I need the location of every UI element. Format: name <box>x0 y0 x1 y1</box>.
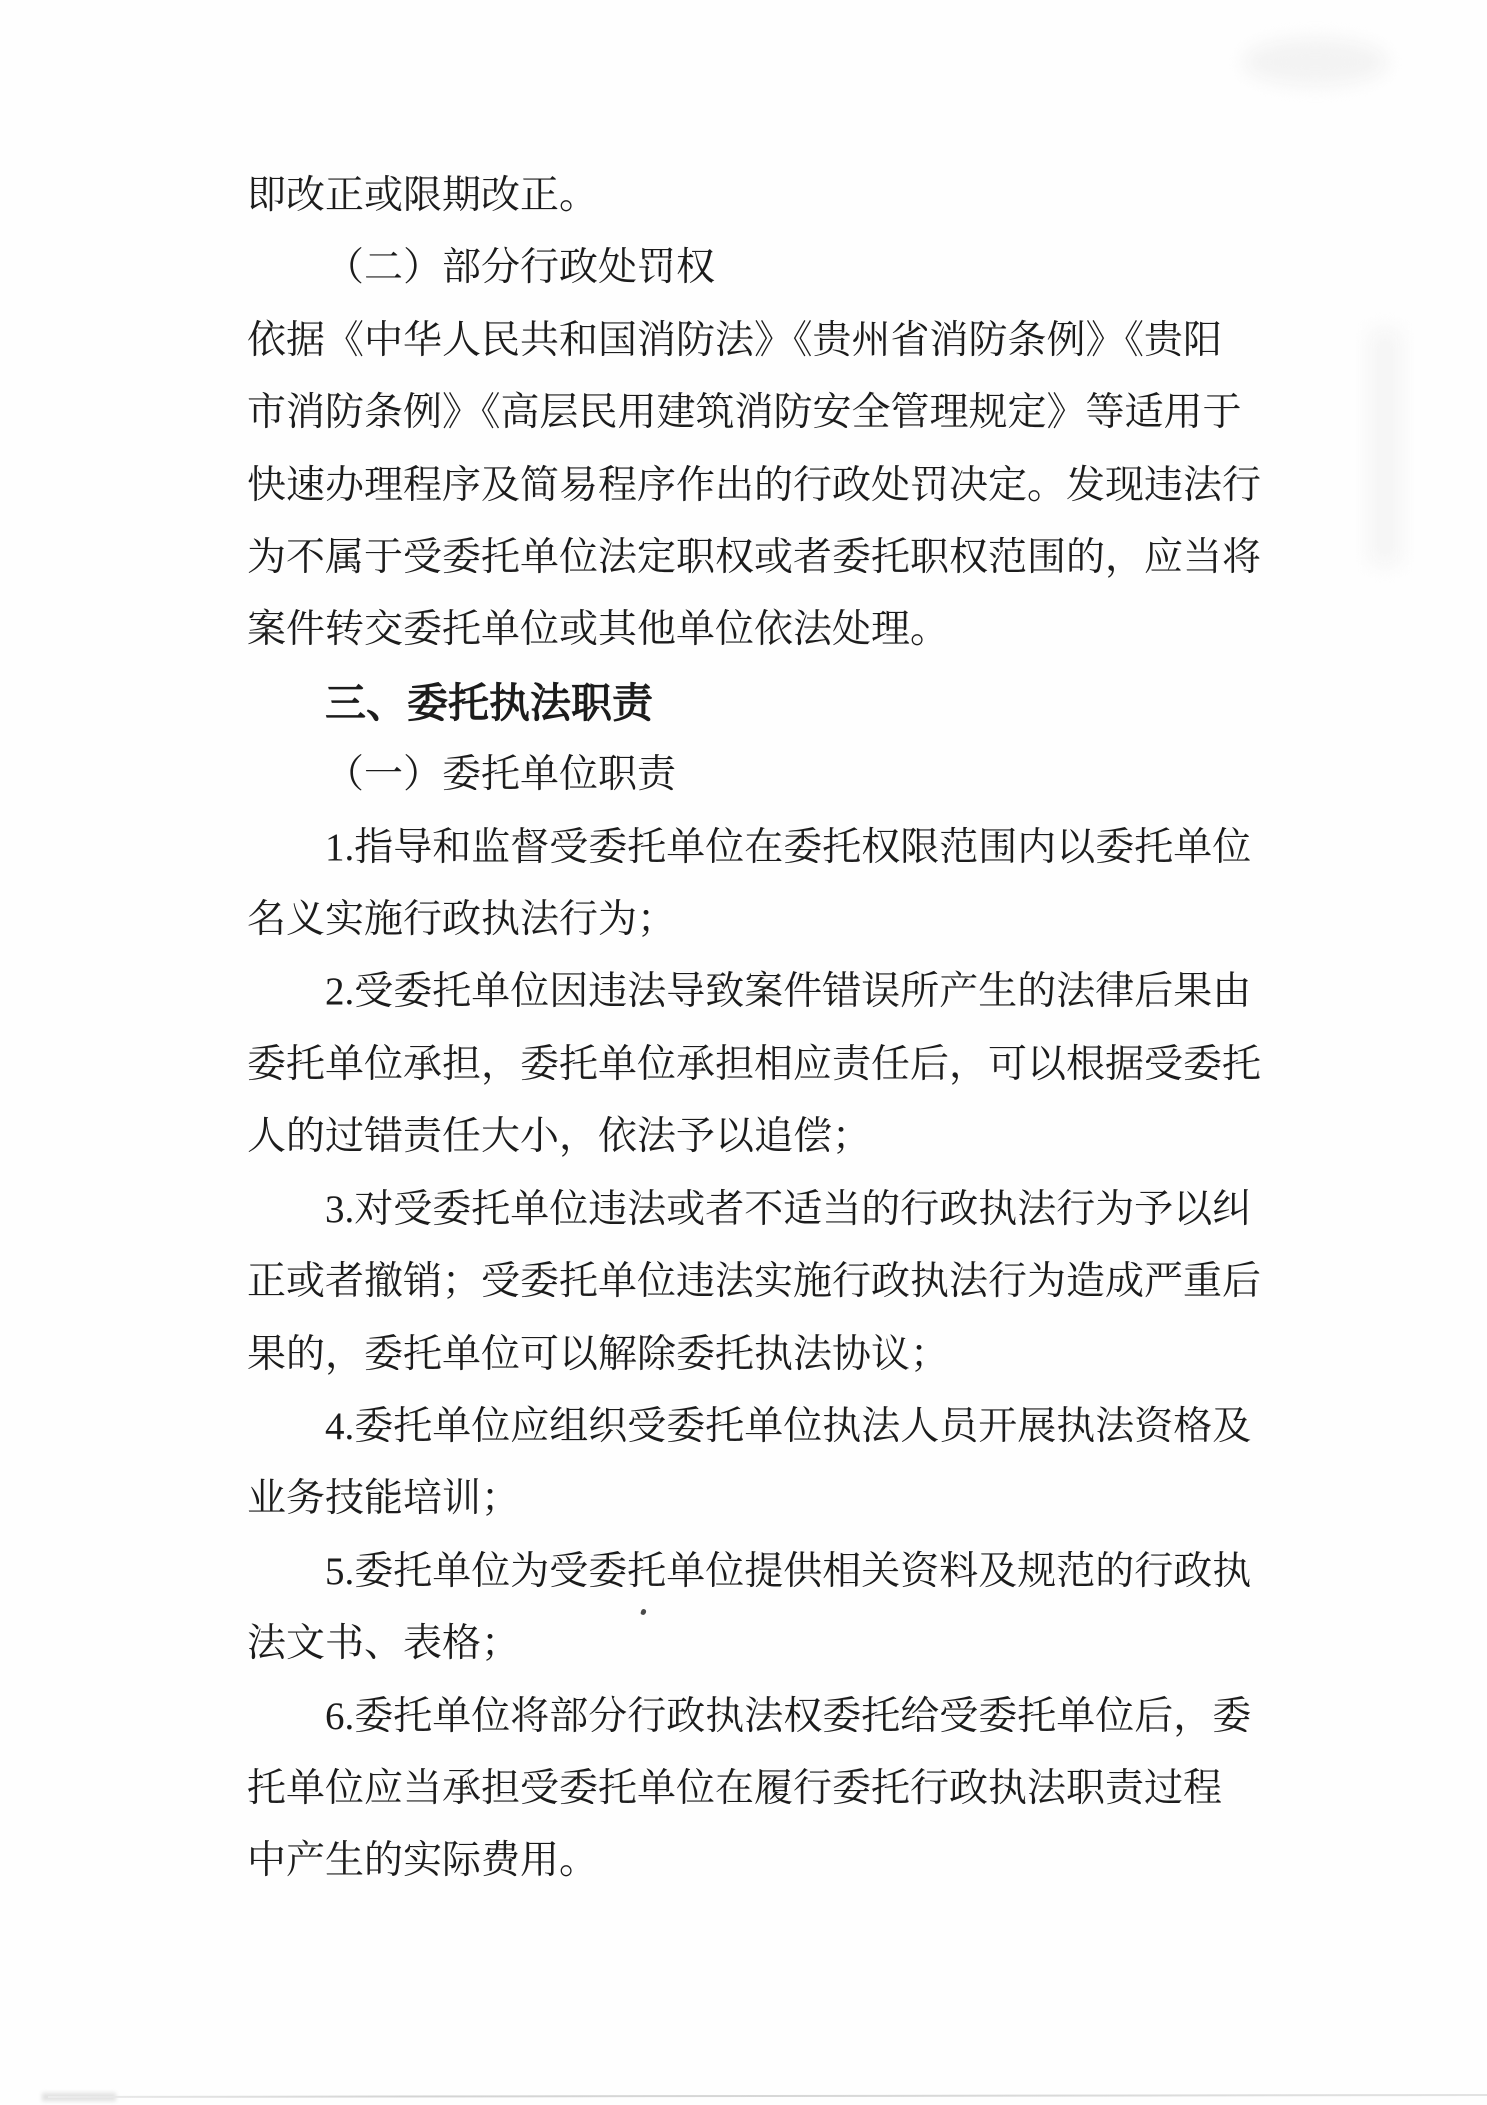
section-heading-3: 三、委托执法职责 <box>247 667 1259 739</box>
paragraph-line: 即改正或限期改正。 <box>247 160 1259 232</box>
numbered-item-2-line: 2.受委托单位因违法导致案件错误所产生的法律后果由 <box>247 956 1259 1028</box>
numbered-item-1-line: 1.指导和监督受委托单位在委托权限范围内以委托单位 <box>247 812 1259 884</box>
paragraph-line: 依据《中华人民共和国消防法》《贵州省消防条例》《贵阳 <box>247 305 1259 377</box>
text-block: 即改正或限期改正。 （二）部分行政处罚权 依据《中华人民共和国消防法》《贵州省消… <box>247 160 1259 1898</box>
numbered-item-4-line: 4.委托单位应组织受委托单位执法人员开展执法资格及 <box>247 1391 1259 1463</box>
numbered-item-6-line: 6.委托单位将部分行政执法权委托给受委托单位后，委 <box>247 1681 1259 1753</box>
scan-edge-line <box>48 2094 1487 2098</box>
numbered-item-3-line: 3.对受委托单位违法或者不适当的行政执法行为予以纠 <box>247 1174 1259 1246</box>
paragraph-line: 市消防条例》《高层民用建筑消防安全管理规定》等适用于 <box>247 377 1259 449</box>
paragraph-line: 托单位应当承担受委托单位在履行委托行政执法职责过程 <box>247 1753 1259 1825</box>
paragraph-line: 果的，委托单位可以解除委托执法协议； <box>247 1319 1259 1391</box>
paragraph-line: 中产生的实际费用。 <box>247 1825 1259 1897</box>
paragraph-line: 法文书、表格； <box>247 1608 1259 1680</box>
subsection-heading-1: （一）委托单位职责 <box>247 739 1259 811</box>
numbered-item-5-line: 5.委托单位为受委托单位提供相关资料及规范的行政执 <box>247 1536 1259 1608</box>
scan-smudge <box>1243 38 1388 86</box>
paragraph-line: 案件转交委托单位或其他单位依法处理。 <box>247 594 1259 666</box>
subsection-heading-2: （二）部分行政处罚权 <box>247 232 1259 304</box>
paragraph-line: 业务技能培训； <box>247 1463 1259 1535</box>
paragraph-line: 委托单位承担，委托单位承担相应责任后，可以根据受委托 <box>247 1029 1259 1101</box>
scan-streak <box>1370 330 1400 565</box>
paragraph-line: 为不属于受委托单位法定职权或者委托职权范围的，应当将 <box>247 522 1259 594</box>
document-page: 即改正或限期改正。 （二）部分行政处罚权 依据《中华人民共和国消防法》《贵州省消… <box>0 0 1487 2105</box>
paragraph-line: 名义实施行政执法行为； <box>247 884 1259 956</box>
paragraph-line: 快速办理程序及简易程序作出的行政处罚决定。发现违法行 <box>247 450 1259 522</box>
paragraph-line: 正或者撤销；受委托单位违法实施行政执法行为造成严重后 <box>247 1246 1259 1318</box>
paragraph-line: 人的过错责任大小，依法予以追偿； <box>247 1101 1259 1173</box>
